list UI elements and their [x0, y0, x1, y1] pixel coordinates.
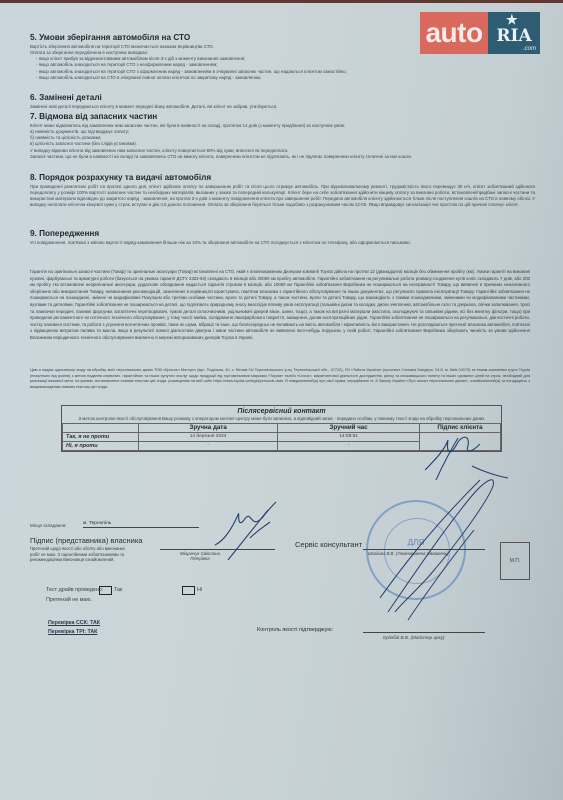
stamp-text: ДЛЯ — [368, 538, 464, 547]
section-storage: 5. Умови зберігання автомобіля на СТО Ва… — [30, 33, 535, 81]
section-warning: 9. Попередження Усі повідомлення, пов'яз… — [30, 229, 535, 246]
owner-name: Міщанчук Світлана Петрівна — [160, 551, 240, 562]
contact-title: Післясервісний контакт — [62, 406, 501, 416]
section-parts-refusal: 7. Відмова від запасних частин Клієнт мо… — [30, 112, 535, 160]
warranty-text: Гарантія на оригінальні запасні частини … — [30, 269, 530, 342]
section-title: 7. Відмова від запасних частин — [30, 112, 535, 121]
row-time: 14:08:51 — [278, 432, 420, 441]
check-tpi: Перевірка ТРІ: ТАК — [48, 629, 97, 635]
header-time: Зручний час — [278, 423, 420, 432]
place-label: Місце складання: — [30, 523, 66, 528]
contact-table: Зручна дата Зручний час Підпис клієнта Т… — [62, 423, 501, 451]
section-replaced-parts: 6. Замінені деталі Замінені нові деталі … — [30, 93, 535, 110]
quality-control-name: Кудобій В.В. (Майстер цеху) — [383, 635, 445, 640]
section-text: При проведенні ремонтних робіт на протяз… — [30, 184, 535, 209]
test-drive-no-checkbox[interactable] — [182, 586, 195, 595]
consultant-label: Сервіс консультант — [295, 540, 362, 549]
client-signature-cell — [420, 432, 501, 450]
consultant-signature-line — [363, 549, 485, 550]
header-signature: Підпис клієнта — [420, 423, 501, 432]
section-text: Усі повідомлення, пов'язані з зміною вар… — [30, 240, 535, 246]
section-title: 5. Умови зберігання автомобіля на СТО — [30, 33, 535, 42]
no-claims-text: Претензій не маю. — [46, 597, 92, 603]
owner-note: Претензій щодо якості або обсягу або вик… — [30, 546, 130, 563]
owner-signature-line — [160, 549, 275, 550]
consultant-name: Шкодина В.В. (Уповноважена замовлень) — [368, 551, 449, 556]
header-date: Зручна дата — [139, 423, 278, 432]
test-drive-no-label: Ні — [197, 587, 202, 593]
section-payment-delivery: 8. Порядок розрахунку та видачі автомобі… — [30, 173, 535, 209]
test-drive-yes-label: Так — [114, 587, 122, 593]
place-value: м. Тернопіль — [83, 521, 199, 528]
test-drive-label: Тест драйв проведено: — [46, 587, 103, 593]
header-empty — [63, 423, 139, 432]
star-icon: ★ — [506, 13, 518, 28]
owner-name-line2: Петрівна — [160, 556, 240, 561]
company-stamp: ДЛЯ — [366, 500, 466, 600]
storage-conditions-list: якщо клієнт прибув за відремонтованим ав… — [30, 56, 535, 81]
row-time: - — [278, 441, 420, 450]
service-document: auto ★ RIA .com 5. Умови зберігання авто… — [0, 0, 563, 800]
row-label: Так, я не проти — [63, 432, 139, 441]
quality-control-label: Контроль якості підтверджую: — [257, 627, 333, 633]
table-row: Так, я не проти 14 березня 2024 14:08:51 — [63, 432, 501, 441]
after-service-contact: Післясервісний контакт З метою контролю … — [61, 405, 502, 452]
row-date: - — [139, 441, 278, 450]
seal-placeholder: М.П. — [500, 542, 530, 580]
quality-control-line — [363, 632, 485, 633]
table-header-row: Зручна дата Зручний час Підпис клієнта — [63, 423, 501, 432]
section-title: 6. Замінені деталі — [30, 93, 535, 102]
section-text: Замінені нові деталі передаються клієнту… — [30, 104, 535, 110]
privacy-consent-text: Цим я надаю однозначну згоду на обробку … — [30, 368, 530, 390]
section-title: 8. Порядок розрахунку та видачі автомобі… — [30, 173, 535, 182]
section-title: 9. Попередження — [30, 229, 535, 238]
row-date: 14 березня 2024 — [139, 432, 278, 441]
row-label: Ні, я проти — [63, 441, 139, 450]
list-item: якщо автомобіль знаходиться на СТО в очі… — [36, 75, 535, 81]
owner-signature-title: Підпис (представника) власника — [30, 536, 142, 545]
check-ssk: Перевірка ССК: ТАК — [48, 620, 100, 626]
test-drive-yes-checkbox[interactable] — [99, 586, 112, 595]
section-line: Запасні частини, що не були в наявності … — [30, 154, 535, 160]
